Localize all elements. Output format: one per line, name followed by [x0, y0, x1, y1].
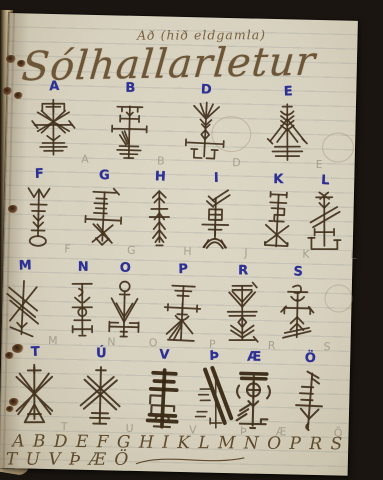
sigil-cell-O: OO [94, 261, 156, 345]
sigil-M-drawing [0, 273, 54, 344]
binding-hole [5, 352, 14, 359]
letter-label-Ö: Ö [280, 351, 341, 367]
sigil-R-drawing [214, 279, 270, 347]
sigil-cell-Æ: ÆÆ [223, 350, 285, 434]
binding-hole [6, 55, 16, 63]
sigil-cell-B: BB [97, 81, 163, 163]
sigil-cell-R: RR [211, 264, 273, 348]
binding-hole [14, 92, 23, 99]
letter-label-P: P [153, 262, 213, 278]
letter-label-Æ: Æ [224, 350, 284, 364]
pencil-ghost-letter-F: F [64, 242, 71, 255]
sigil-I-drawing [188, 186, 244, 255]
sigil-G-drawing [75, 183, 132, 254]
sigil-cell-E: EE [255, 85, 321, 167]
sigil-cell-M: MM [0, 259, 55, 343]
sigil-cell-I: IJ [186, 171, 246, 255]
binding-hole [3, 87, 12, 95]
sigil-cell-A: AA [21, 79, 87, 161]
letter-label-G: G [75, 169, 133, 183]
binding-hole [12, 344, 24, 353]
sigil-cell-H: HH [130, 170, 190, 254]
pencil-ghost-letter-A: A [81, 153, 89, 166]
sigil-F-drawing [11, 182, 67, 251]
letter-label-F: F [10, 167, 68, 183]
sigil-B-drawing [99, 96, 160, 163]
sigil-cell-Ú: ÚU [70, 347, 132, 431]
sigil-cell-Ö: ÖÖ [279, 351, 341, 435]
sigil-A-drawing [23, 95, 83, 161]
pencil-ghost-letter-D: D [232, 156, 241, 169]
pencil-ghost-letter-E: E [316, 158, 323, 171]
binding-hole [8, 205, 18, 213]
flourish-stroke [136, 454, 246, 466]
binding-hole [6, 406, 14, 412]
sigil-cell-D: DD [173, 83, 239, 165]
letter-label-M: M [0, 259, 55, 275]
letter-label-O: O [95, 261, 156, 277]
ink-bleed-stain [322, 132, 355, 163]
letter-label-L: L [296, 173, 355, 189]
letter-label-R: R [213, 264, 273, 278]
sigil-H-drawing [132, 185, 186, 253]
sigil-O-drawing [96, 276, 154, 345]
sigil-E-drawing [257, 100, 317, 166]
sigil-Ö-drawing [280, 366, 339, 437]
sigil-grid: AABBDDEEFFGGHHIJKKLLMMNNOOPPRRSSTTÚUVVÞÞ… [9, 13, 358, 21]
notebook-page: Að (hið eldgamla) Sólhallarletur AABBDDE… [0, 13, 358, 476]
sigil-Æ-drawing [225, 365, 283, 434]
sigil-cell-G: GG [74, 169, 134, 253]
letter-label-S: S [268, 264, 329, 280]
alphabet-line-2-text: T U V Þ Æ Ö [6, 450, 130, 470]
page-title: Sólhallarletur [20, 38, 354, 90]
sigil-P-drawing [153, 277, 212, 348]
pencil-ghost-letter-L: L [350, 249, 356, 262]
pencil-ghost-letter-B: B [157, 154, 165, 167]
sigil-L-drawing [297, 189, 351, 257]
ink-bleed-stain [324, 284, 353, 313]
letter-label-Ú: Ú [71, 347, 131, 361]
binding-hole [9, 398, 19, 406]
letter-label-I: I [187, 171, 245, 187]
sigil-T-drawing [6, 361, 62, 429]
letter-label-H: H [131, 169, 190, 185]
sigil-cell-P: PP [151, 262, 213, 346]
sigil-cell-L: LL [295, 174, 355, 258]
alphabet-line-2: T U V Þ Æ Ö [6, 450, 246, 470]
sigil-Ú-drawing [72, 362, 130, 431]
sigil-D-drawing [174, 97, 237, 166]
letter-label-E: E [256, 84, 320, 100]
sigil-cell-S: SS [266, 265, 328, 349]
scanned-manuscript-page: Að (hið eldgamla) Sólhallarletur AABBDDE… [0, 0, 383, 480]
binding-hole [17, 60, 26, 67]
sigil-S-drawing [268, 280, 326, 349]
